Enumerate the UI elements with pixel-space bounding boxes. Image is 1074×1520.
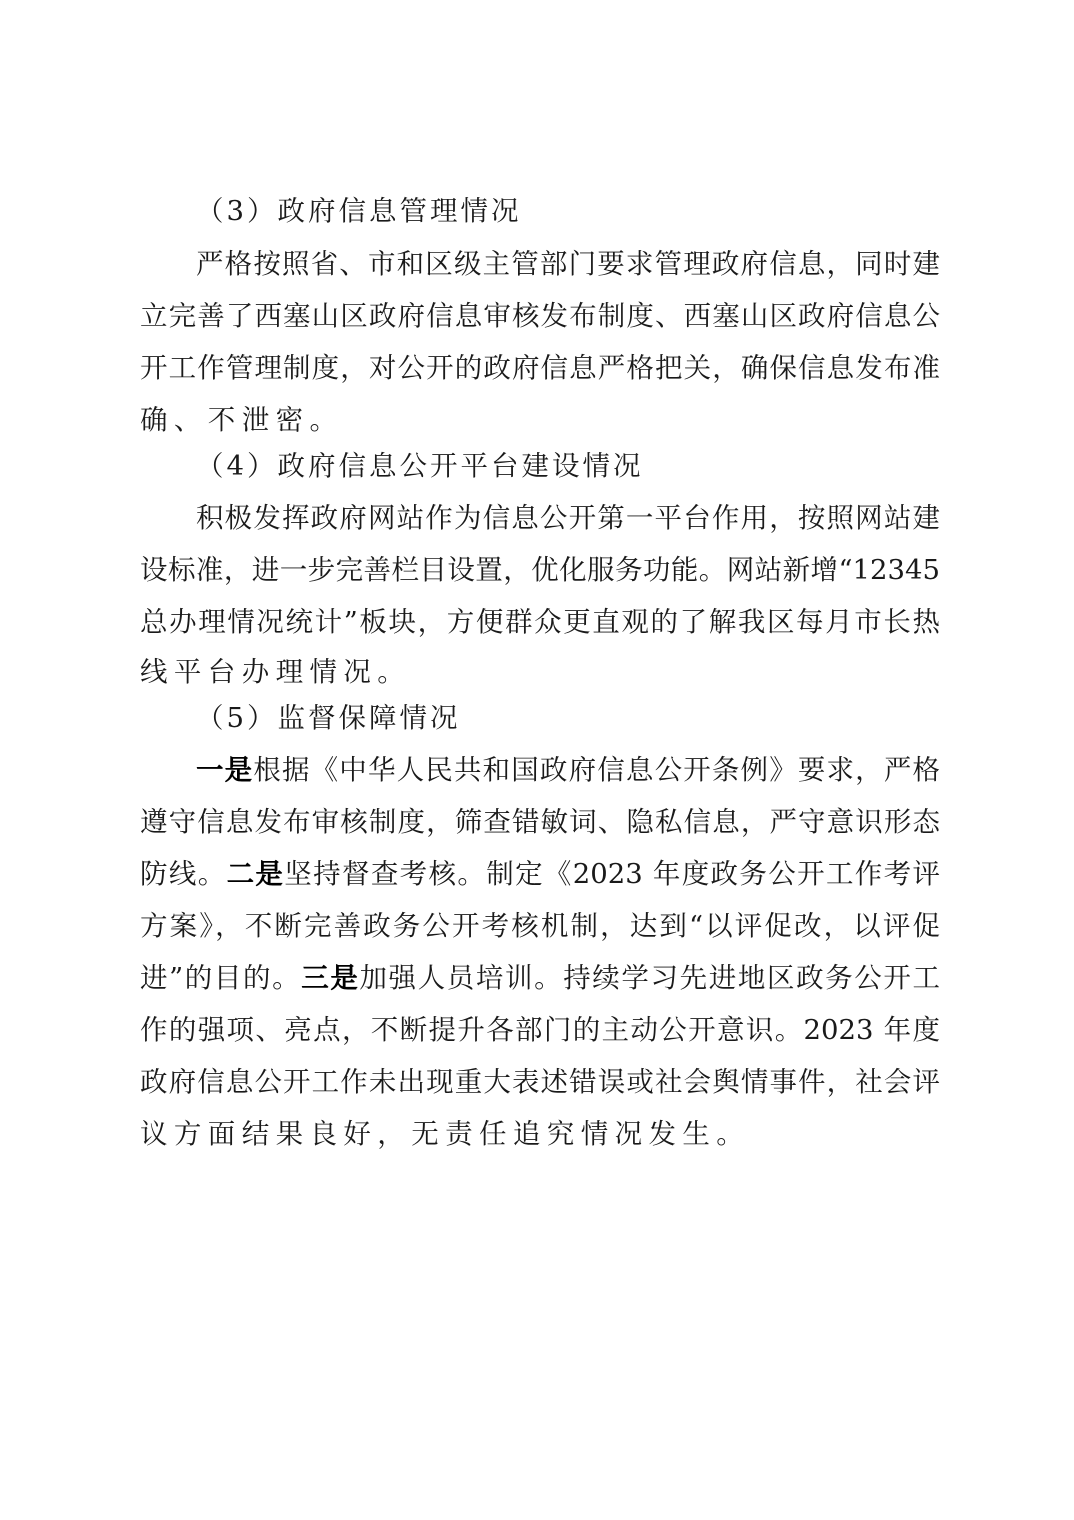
- paragraph-line: 确、不泄密。: [140, 394, 940, 446]
- line-text: 加强人员培训。持续学习先进地区政务公开工: [359, 962, 940, 994]
- paragraph-line: 作的强项、亮点，不断提升各部门的主动公开意识。2023 年度: [140, 1004, 940, 1056]
- paragraph-line: 开工作管理制度，对公开的政府信息严格把关，确保信息发布准: [140, 342, 940, 394]
- paragraph-line: 积极发挥政府网站作为信息公开第一平台作用，按照网站建: [196, 492, 940, 544]
- paragraph-line: 进”的目的。三是加强人员培训。持续学习先进地区政务公开工: [140, 952, 940, 1004]
- paragraph-line: 政府信息公开工作未出现重大表述错误或社会舆情事件，社会评: [140, 1056, 940, 1108]
- paragraph-line: 遵守信息发布审核制度，筛查错敏词、隐私信息，严守意识形态: [140, 796, 940, 848]
- emphasis-second: 二是: [227, 858, 285, 890]
- paragraph-line: 防线。二是坚持督查考核。制定《2023 年度政务公开工作考评: [140, 848, 940, 900]
- line-text: 坚持督查考核。制定《2023 年度政务公开工作考评: [284, 858, 940, 890]
- paragraph-line: 设标准，进一步完善栏目设置，优化服务功能。网站新增“12345: [140, 544, 940, 596]
- paragraph-line: 方案》，不断完善政务公开考核机制，达到“以评促改，以评促: [140, 900, 940, 952]
- line-prefix: 防线。: [140, 858, 227, 890]
- paragraph-line: 议方面结果良好，无责任追究情况发生。: [140, 1108, 940, 1160]
- section-heading-5: （5）监督保障情况: [196, 692, 461, 744]
- line-text: 根据《中华人民共和国政府信息公开条例》要求，严格: [253, 754, 940, 786]
- paragraph-line: 总办理情况统计”板块，方便群众更直观的了解我区每月市长热: [140, 596, 940, 648]
- emphasis-third: 三是: [301, 962, 359, 994]
- paragraph-line: 一是根据《中华人民共和国政府信息公开条例》要求，严格: [196, 744, 940, 796]
- line-prefix: 进”的目的。: [140, 962, 301, 994]
- paragraph-line: 严格按照省、市和区级主管部门要求管理政府信息，同时建: [196, 238, 940, 290]
- document-page: （3）政府信息管理情况 严格按照省、市和区级主管部门要求管理政府信息，同时建 立…: [0, 0, 1074, 1520]
- paragraph-line: 立完善了西塞山区政府信息审核发布制度、西塞山区政府信息公: [140, 290, 940, 342]
- section-heading-4: （4）政府信息公开平台建设情况: [196, 440, 644, 492]
- paragraph-line: 线平台办理情况。: [140, 646, 940, 698]
- section-heading-3: （3）政府信息管理情况: [196, 185, 522, 237]
- emphasis-first: 一是: [196, 754, 253, 786]
